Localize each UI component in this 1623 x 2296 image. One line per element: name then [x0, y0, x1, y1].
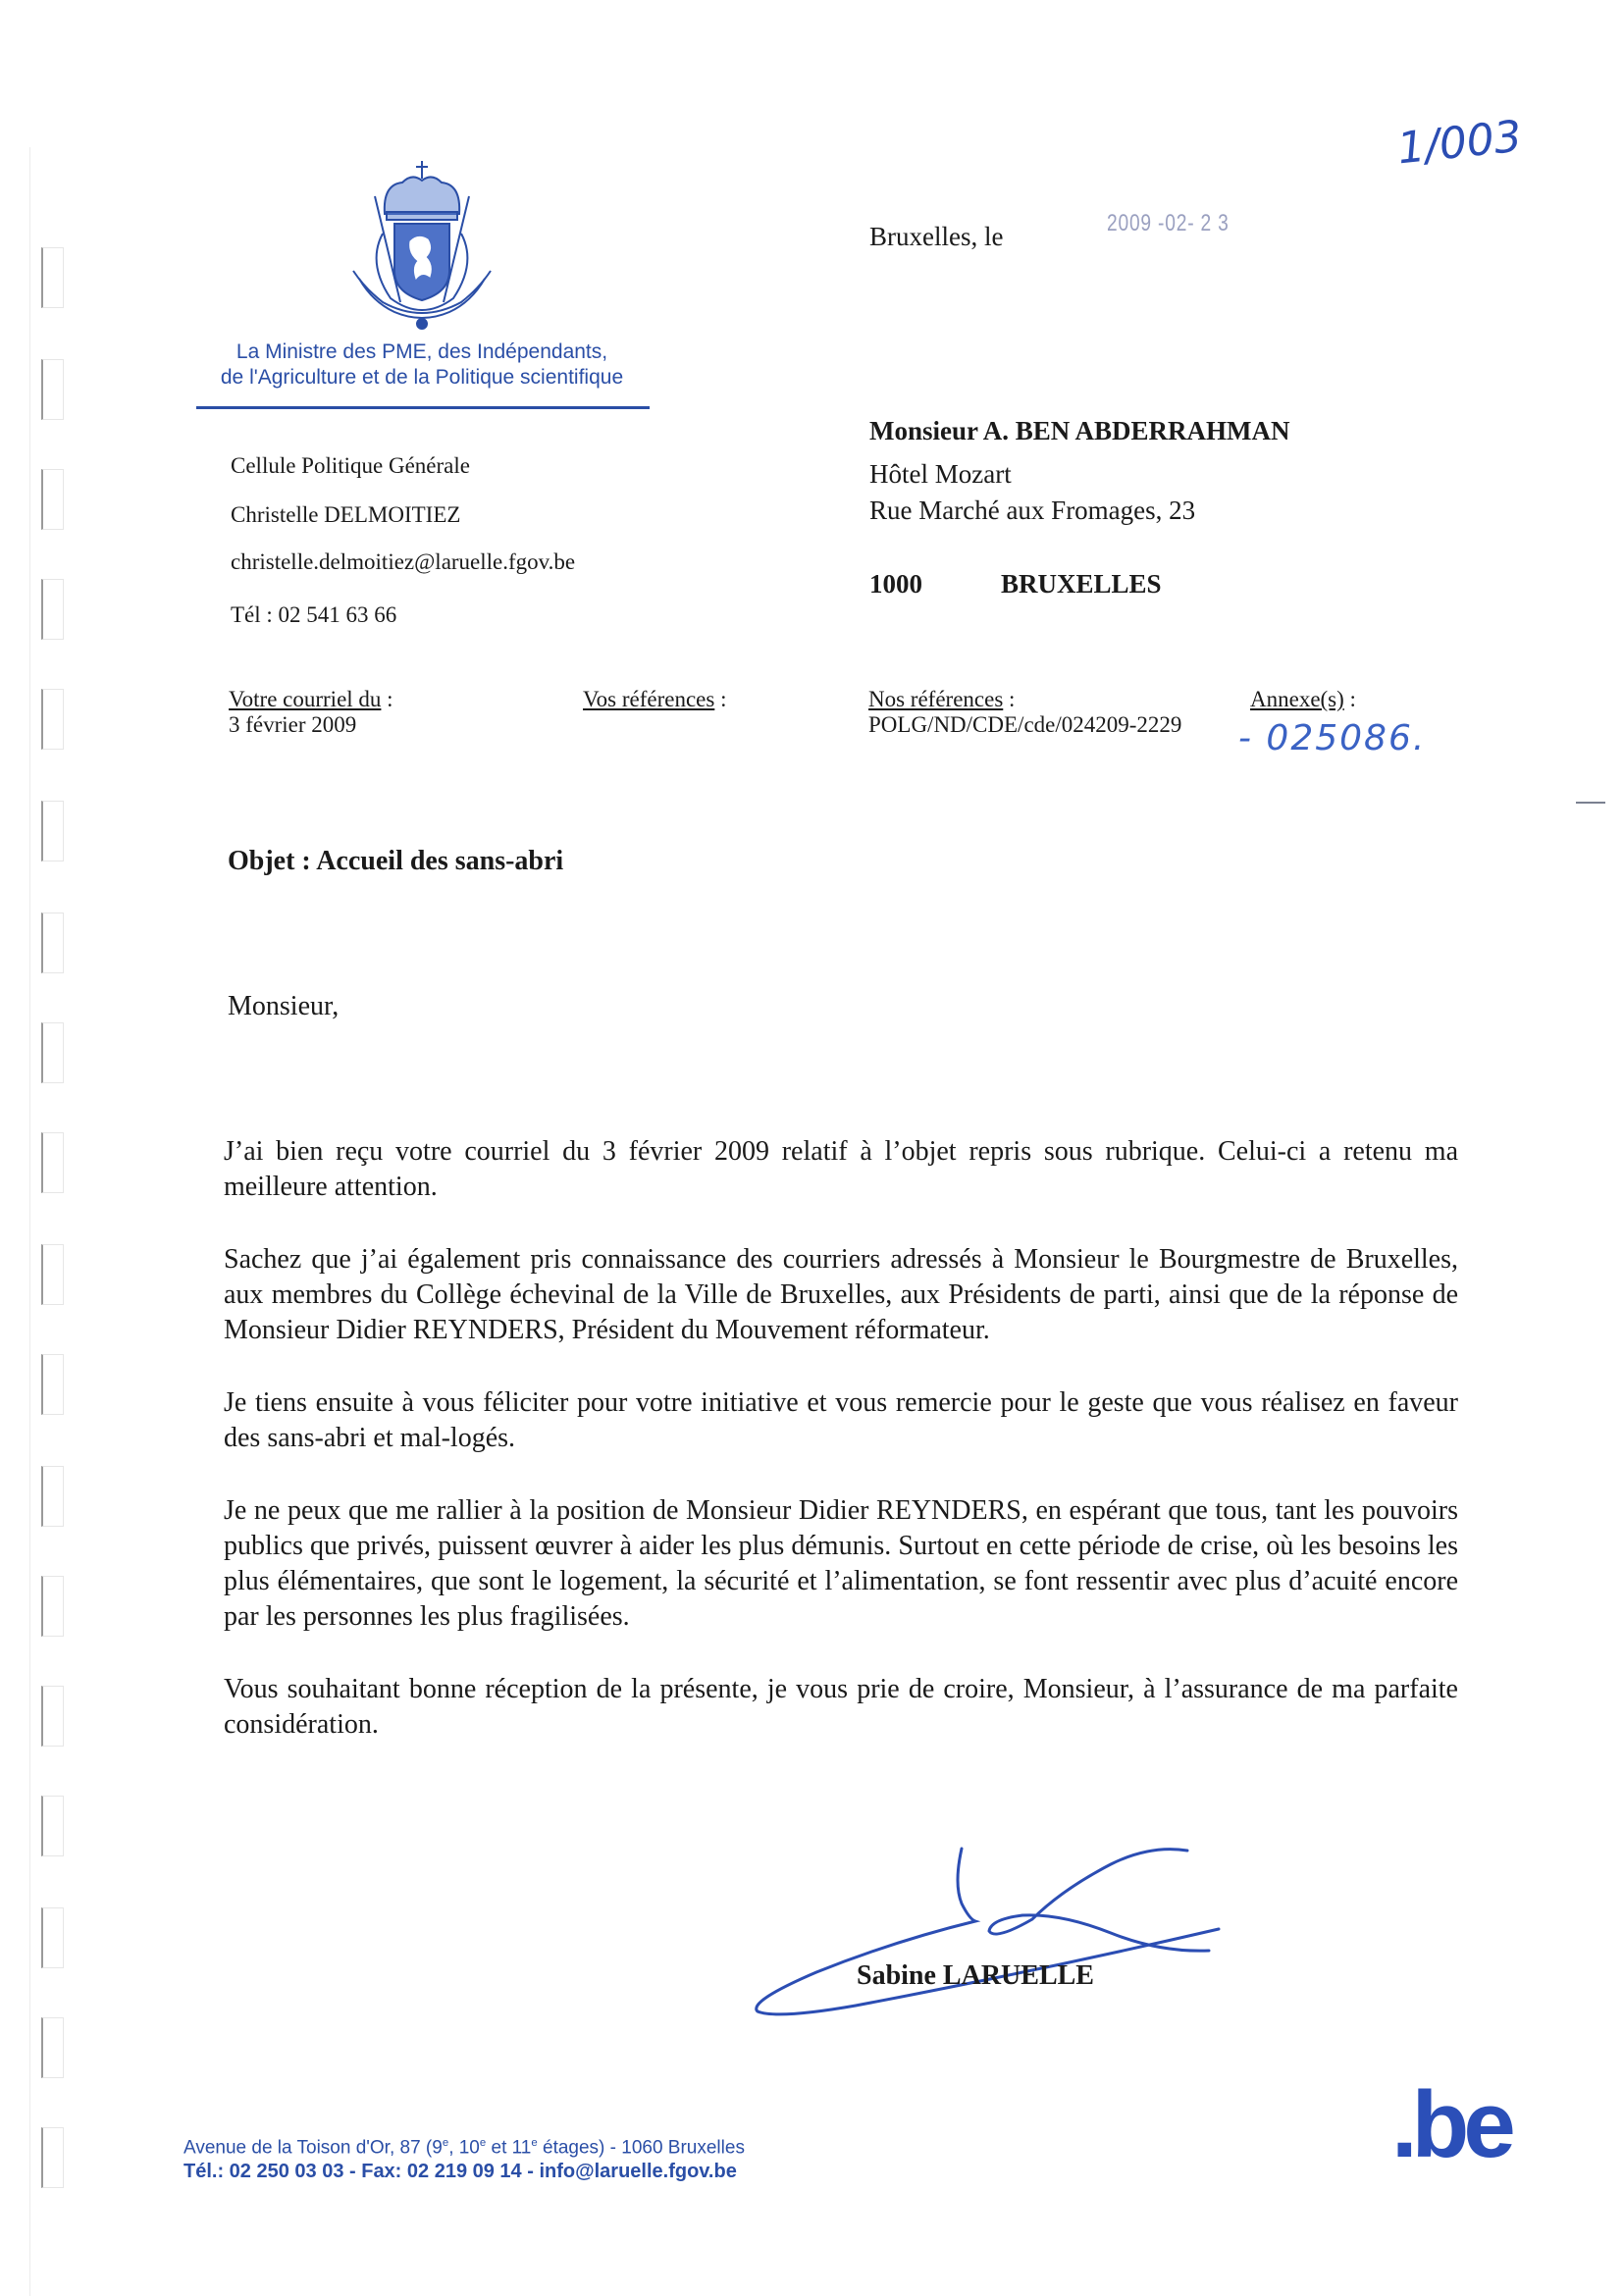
recipient-line-1: Hôtel Mozart	[869, 459, 1012, 490]
your-refs: Vos références :	[583, 687, 726, 712]
binder-hole	[41, 469, 64, 530]
annex-label: Annexe(s)	[1250, 687, 1344, 711]
binder-hole	[41, 801, 64, 861]
annex-handwritten-number: - 025086.	[1238, 718, 1426, 758]
binder-hole	[41, 1132, 64, 1193]
footer-address: Avenue de la Toison d'Or, 87 (9e, 10e et…	[183, 2137, 745, 2159]
date-stamp: 2009 -02- 2 3	[1107, 210, 1230, 237]
our-refs-label: Nos références	[868, 687, 1003, 711]
binder-hole	[41, 1466, 64, 1527]
binder-hole	[41, 1686, 64, 1747]
body-paragraph: Je tiens ensuite à vous féliciter pour v…	[224, 1385, 1458, 1456]
binder-hole	[41, 247, 64, 308]
our-refs-value: POLG/ND/CDE/cde/024209-2229	[868, 712, 1181, 738]
letter-body: J’ai bien reçu votre courriel du 3 févri…	[224, 1134, 1458, 1780]
your-mail-ref: Votre courriel du : 3 février 2009	[229, 687, 393, 738]
recipient-line-2: Rue Marché aux Fromages, 23	[869, 496, 1195, 526]
salutation: Monsieur,	[228, 991, 339, 1022]
ministry-title: La Ministre des PME, des Indépendants, d…	[196, 339, 648, 391]
annex: Annexe(s) :	[1250, 687, 1356, 712]
place-date-label: Bruxelles, le	[869, 222, 1003, 252]
binder-hole	[41, 1022, 64, 1083]
binder-hole	[41, 2127, 64, 2188]
recipient-name: Monsieur A. BEN ABDERRAHMAN	[869, 416, 1290, 446]
recipient-postcode: 1000	[869, 569, 922, 600]
handwritten-signature-icon	[738, 1825, 1229, 2021]
your-mail-value: 3 février 2009	[229, 712, 393, 738]
subject-line: Objet : Accueil des sans-abri	[228, 846, 563, 877]
sender-phone: Tél : 02 541 63 66	[231, 602, 396, 628]
recipient-city: BRUXELLES	[1001, 569, 1162, 600]
your-mail-label: Votre courriel du	[229, 687, 381, 711]
binder-hole	[41, 359, 64, 420]
body-paragraph: Je ne peux que me rallier à la position …	[224, 1493, 1458, 1635]
signer-name: Sabine LARUELLE	[857, 1960, 1094, 1992]
belgian-crest-icon	[324, 155, 520, 332]
body-paragraph: Sachez que j’ai également pris connaissa…	[224, 1242, 1458, 1348]
letterhead-rule	[196, 406, 650, 409]
ministry-line-1: La Ministre des PME, des Indépendants,	[196, 339, 648, 365]
binder-hole	[41, 1796, 64, 1856]
binder-hole	[41, 1907, 64, 1968]
binder-hole	[41, 1244, 64, 1305]
ministry-line-2: de l'Agriculture et de la Politique scie…	[196, 365, 648, 391]
binder-hole	[41, 689, 64, 750]
binder-hole	[41, 2017, 64, 2078]
binder-hole	[41, 1354, 64, 1415]
body-paragraph: Vous souhaitant bonne réception de la pr…	[224, 1672, 1458, 1743]
binder-hole	[41, 579, 64, 640]
handwritten-page-number: 1/003	[1395, 112, 1524, 175]
be-logo-icon: .be	[1391, 2078, 1510, 2172]
your-refs-label: Vos références	[583, 687, 714, 711]
sender-name: Christelle DELMOITIEZ	[231, 502, 460, 528]
sender-email: christelle.delmoitiez@laruelle.fgov.be	[231, 549, 575, 575]
binder-hole	[41, 1576, 64, 1637]
body-paragraph: J’ai bien reçu votre courriel du 3 févri…	[224, 1134, 1458, 1205]
sender-unit: Cellule Politique Générale	[231, 453, 470, 479]
fold-mark	[1576, 802, 1605, 804]
margin-line	[29, 147, 30, 2296]
our-refs: Nos références : POLG/ND/CDE/cde/024209-…	[868, 687, 1181, 738]
footer-contact: Tél.: 02 250 03 03 - Fax: 02 219 09 14 -…	[183, 2161, 737, 2183]
binder-hole	[41, 913, 64, 973]
